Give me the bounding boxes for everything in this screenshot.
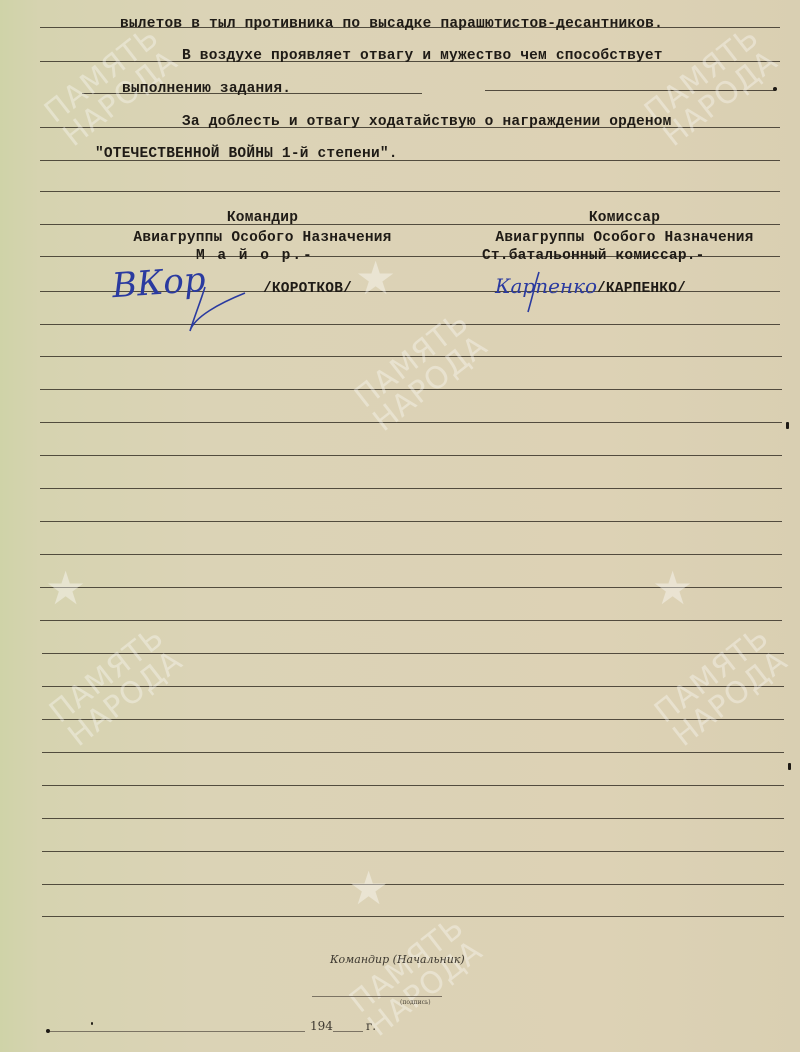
body-line: В воздухе проявляет отвагу и мужество че… (182, 48, 663, 64)
watermark-text: ПАМЯТЬ НАРОДА (350, 307, 493, 437)
date-year-line (333, 1031, 363, 1032)
commissar-name: /КАРПЕНКО/ (597, 281, 686, 297)
rule-line (40, 455, 782, 456)
rule-line (40, 324, 780, 325)
commander-name: /КОРОТКОВ/ (263, 281, 352, 297)
rule-line (42, 818, 784, 819)
rule-line (40, 587, 782, 588)
watermark-star-icon: ★ (355, 255, 396, 301)
watermark-text: ПАМЯТЬ НАРОДА (640, 22, 783, 152)
rule-line (42, 785, 784, 786)
commissar-signature: Карпенко (495, 274, 597, 298)
watermark-star-icon: ★ (348, 865, 389, 911)
body-line: За доблесть и отвагу ходатайствую о нагр… (182, 114, 672, 130)
date-tick (91, 1022, 93, 1025)
rule-line (40, 488, 782, 489)
ink-mark (773, 87, 777, 91)
signature-stroke (525, 270, 545, 315)
commander-rank: М а й о р.- (196, 248, 314, 264)
date-line (50, 1031, 305, 1032)
ink-mark (788, 763, 791, 770)
commander-title: Командир (110, 210, 415, 226)
rule-line (42, 719, 784, 720)
rule-line (42, 851, 784, 852)
rule-line (40, 620, 782, 621)
commander-chief-label: Командир (Начальник) (330, 953, 465, 966)
rule-line (42, 653, 784, 654)
rule-line (40, 389, 782, 390)
body-line: вылетов в тыл противника по высадке пара… (120, 16, 663, 32)
commissar-rank: Ст.батальонный комиссар.- (482, 248, 705, 264)
rule-line (40, 191, 780, 192)
rule-line (40, 521, 782, 522)
rule-line (40, 356, 782, 357)
rule-line (42, 884, 784, 885)
body-line: "ОТЕЧЕСТВЕННОЙ ВОЙНЫ 1-й степени". (95, 146, 398, 162)
rule-line (40, 422, 782, 423)
commander-unit: Авиагруппы Особого Назначения (110, 230, 415, 246)
date-year: 194 (310, 1019, 333, 1033)
body-line: выполнению задания. (122, 81, 291, 97)
rule-line (485, 90, 775, 91)
commissar-title: Комиссар (472, 210, 777, 226)
date-suffix: г. (366, 1019, 376, 1033)
signature-line (312, 996, 442, 997)
rule-line (42, 686, 784, 687)
ink-mark (786, 422, 789, 429)
rule-line (40, 554, 782, 555)
rule-line (42, 916, 784, 917)
rule-line (42, 752, 784, 753)
signature-caption: (подпись) (400, 999, 431, 1006)
commissar-unit: Авиагруппы Особого Назначения (472, 230, 777, 246)
signature-stroke (160, 285, 250, 335)
